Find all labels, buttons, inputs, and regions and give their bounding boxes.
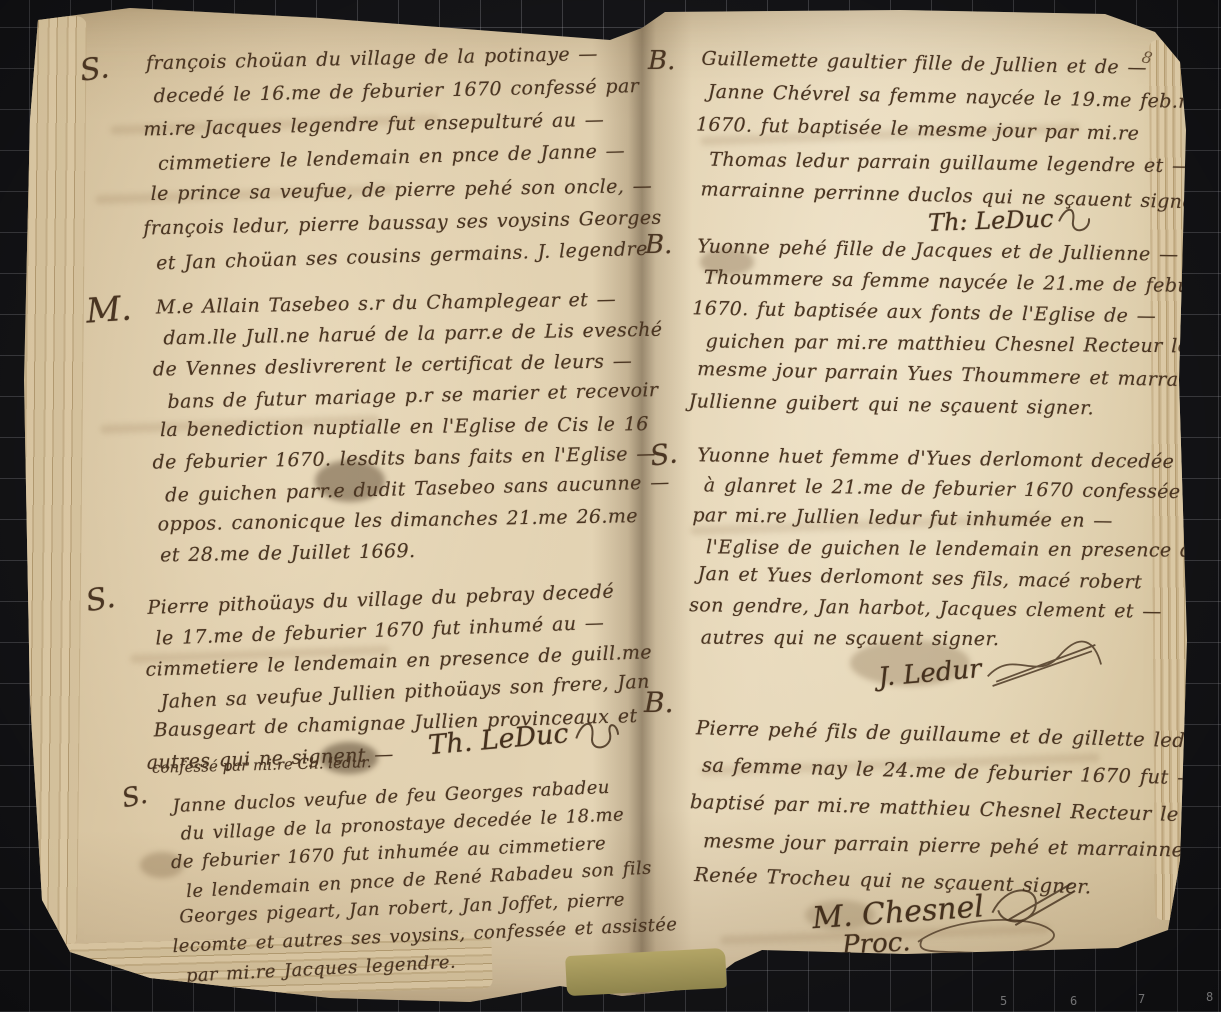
entry-text: Yuonne pehé fille de Jacques et de Julli… <box>694 231 1221 426</box>
book-spine-tail <box>565 948 727 996</box>
burial-entry-francois-chouan: françois choüan du village de la potinay… <box>146 37 663 279</box>
margin-letter-sepulture: S. <box>83 580 118 620</box>
manuscript-line: la benediction nuptialle en l'Eglise de … <box>160 409 669 446</box>
baptism-entry-pierre-pehe: Pierre pehé fils de guillaume et de gill… <box>692 709 1210 907</box>
signature-th-leduc: Th: LeDuc <box>928 203 1098 237</box>
signature-text: J. Ledur <box>877 654 983 693</box>
entry-text: Yuonne huet femme d'Yues derlomont deced… <box>695 440 1221 657</box>
margin-letter-sepulture: S. <box>648 436 679 472</box>
signature-text: Th: LeDuc <box>928 205 1054 237</box>
ruler-digit: 8 <box>1206 990 1213 1004</box>
entry-text: Pierre pehé fils de guillaume et de gill… <box>692 709 1210 907</box>
baptism-entry-yuonne-pehe: Yuonne pehé fille de Jacques et de Julli… <box>694 231 1221 426</box>
margin-letter-bapteme: B. <box>648 46 675 76</box>
burial-entry-pierre-pithouays: Pierre pithoüays du village du pebray de… <box>147 575 656 778</box>
margin-letter-bapteme: B. <box>644 686 673 719</box>
ruler-digit: 7 <box>1138 992 1145 1006</box>
baptism-entry-guillemette-gaultier: Guillemette gaultier fille de Jullien et… <box>698 43 1216 219</box>
page-edges-left <box>19 16 87 947</box>
margin-letter-sepulture: S. <box>78 50 112 89</box>
margin-letter-bapteme: B. <box>645 230 672 260</box>
marriage-entry-allain-tasebeo: M.e Allain Tasebeo s.r du Champlegear et… <box>156 284 671 572</box>
entry-text: Pierre pithoüays du village du pebray de… <box>147 575 656 778</box>
signature-flourish <box>914 916 1066 960</box>
margin-letter-mariage: M. <box>85 288 133 331</box>
signature-text: Proc. <box>841 927 911 961</box>
signature-flourish <box>571 714 619 748</box>
ruler-digit: 5 <box>1000 994 1007 1008</box>
manuscript-book: S. françois choüan du village de la poti… <box>0 0 1221 1012</box>
signature-flourish <box>1057 204 1098 231</box>
burial-entry-yuonne-huet: Yuonne huet femme d'Yues derlomont deced… <box>695 440 1221 657</box>
entry-text: Guillemette gaultier fille de Jullien et… <box>698 43 1216 219</box>
entry-text: M.e Allain Tasebeo s.r du Champlegear et… <box>156 284 671 572</box>
ruler-digit: 6 <box>1070 994 1077 1008</box>
entry-text: françois choüan du village de la potinay… <box>146 37 663 279</box>
copy-stand-scene: 5 6 7 8 S. françois choüan du village de… <box>0 0 1221 1012</box>
